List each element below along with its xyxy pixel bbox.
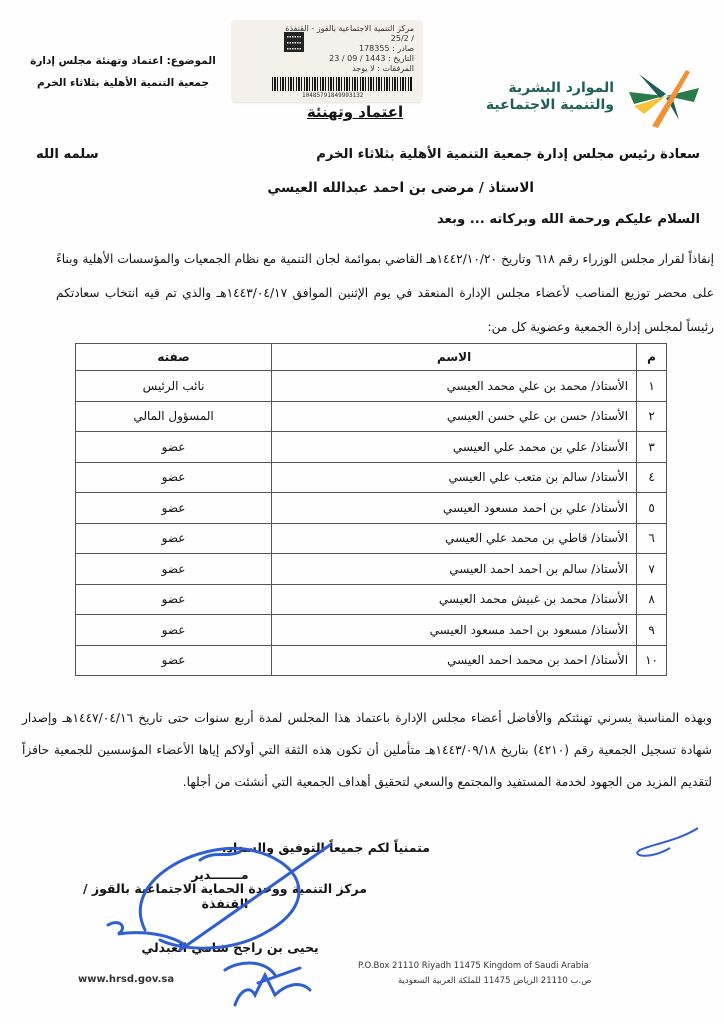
subject-line-2: جمعية التنمية الأهلية بثلاثاء الخرم — [18, 72, 228, 94]
row-name: الأستاذ/ سالم بن متعب علي العيسي — [272, 462, 637, 493]
table-row: ٩الأستاذ/ مسعود بن احمد مسعود العيسيعضو — [76, 615, 667, 646]
row-num: ٢ — [637, 401, 667, 432]
ministry-logo-text: الموارد البشرية والتنمية الاجتماعية — [486, 80, 614, 114]
stamp-number-label: صادر : — [392, 44, 414, 53]
address-arabic: ص.ب 21110 الرياض 11475 للملكة العربية ال… — [398, 976, 592, 986]
stamp-number: 178355 — [359, 44, 390, 53]
row-name: الأستاذ/ محمد بن غبيش محمد العيسي — [272, 584, 637, 615]
signer-title: مـــــــدير — [150, 867, 290, 882]
row-num: ٨ — [637, 584, 667, 615]
header-name: الاسم — [272, 344, 637, 371]
registry-stamp: مركز التنمية الاجتماعية بالقوز - القنفذة… — [232, 20, 422, 102]
stamp-date: 1443 / 09 / 23 — [329, 54, 385, 63]
row-name: الأستاذ/ علي بن محمد علي العيسي — [272, 432, 637, 463]
document-title: اعتماد وتهنئة — [290, 103, 420, 121]
row-num: ٥ — [637, 493, 667, 524]
ministry-website-link[interactable]: www.hrsd.gov.sa — [78, 974, 174, 985]
recipient-line: سعادة رئيس مجلس إدارة جمعية التنمية الأه… — [316, 147, 700, 162]
row-num: ٣ — [637, 432, 667, 463]
ministry-logo-icon — [624, 60, 704, 130]
subject-line-1: الموضوع: اعتماد وتهنئة مجلس إدارة — [18, 50, 228, 72]
row-role: عضو — [76, 493, 272, 524]
row-role: عضو — [76, 432, 272, 463]
row-role: عضو — [76, 615, 272, 646]
subject-block: الموضوع: اعتماد وتهنئة مجلس إدارة جمعية … — [18, 50, 228, 94]
barcode-number: 10485791849993132 — [302, 92, 363, 99]
table-row: ١الأستاذ/ محمد بن علي محمد العيسينائب ال… — [76, 371, 667, 402]
table-row: ٢الأستاذ/ حسن بن علي حسن العيسيالمسؤول ا… — [76, 401, 667, 432]
row-name: الأستاذ/ حسن بن علي حسن العيسي — [272, 401, 637, 432]
header-role: صفته — [76, 344, 272, 371]
row-role: عضو — [76, 523, 272, 554]
intro-paragraph: إنفاذاً لقرار مجلس الوزراء رقم ٦١٨ وتاري… — [56, 242, 714, 344]
stamp-attachments: لا يوجد — [352, 64, 375, 73]
signer-name: يحيى بن راجح شامي العبدلي — [130, 940, 330, 955]
qr-code-icon — [284, 32, 304, 52]
row-num: ٦ — [637, 523, 667, 554]
closing-wishes: متمنياً لكم جميعاً التوفيق والسداد، — [222, 840, 430, 855]
table-row: ٣الأستاذ/ علي بن محمد علي العيسيعضو — [76, 432, 667, 463]
row-role: عضو — [76, 462, 272, 493]
row-role: نائب الرئيس — [76, 371, 272, 402]
row-name: الأستاذ/ محمد بن علي محمد العيسي — [272, 371, 637, 402]
address-english: P.O.Box 21110 Riyadh 11475 Kingdom of Sa… — [358, 961, 589, 971]
row-num: ١٠ — [637, 645, 667, 676]
stamp-attachments-row: المرفقات : لا يوجد — [240, 64, 414, 74]
stamp-date-row: التاريخ : 1443 / 09 / 23 — [240, 54, 414, 64]
stamp-attachments-label: المرفقات : — [377, 64, 414, 73]
signer-organization: مركز التنمية ووحدة الحماية الاجتماعية با… — [60, 881, 390, 911]
stamp-office: مركز التنمية الاجتماعية بالقوز - القنفذة — [240, 24, 414, 34]
greeting: السلام عليكم ورحمة الله وبركاته ... وبعد — [437, 212, 700, 227]
row-num: ٧ — [637, 554, 667, 585]
table-row: ٤الأستاذ/ سالم بن متعب علي العيسيعضو — [76, 462, 667, 493]
row-name: الأستاذ/ احمد بن محمد احمد العيسي — [272, 645, 637, 676]
logo-line-2: والتنمية الاجتماعية — [486, 97, 614, 114]
row-name: الأستاذ/ سالم بن احمد احمد العيسي — [272, 554, 637, 585]
stamp-date-label: التاريخ : — [388, 54, 414, 63]
board-members-table: م الاسم صفته ١الأستاذ/ محمد بن علي محمد … — [75, 343, 667, 676]
row-name: الأستاذ/ قاطي بن محمد علي العيسي — [272, 523, 637, 554]
logo-line-1: الموارد البشرية — [486, 80, 614, 97]
row-role: عضو — [76, 584, 272, 615]
closing-paragraph: وبهذه المناسبة يسرني تهنئتكم والأفاضل أع… — [22, 702, 712, 798]
row-role: عضو — [76, 645, 272, 676]
table-row: ٧الأستاذ/ سالم بن احمد احمد العيسيعضو — [76, 554, 667, 585]
recipient-name: الاستاذ / مرضى بن احمد عبدالله العيسي — [267, 180, 534, 196]
table-row: ٥الأستاذ/ علي بن احمد مسعود العيسيعضو — [76, 493, 667, 524]
table-row: ٦الأستاذ/ قاطي بن محمد علي العيسيعضو — [76, 523, 667, 554]
row-num: ٤ — [637, 462, 667, 493]
row-num: ١ — [637, 371, 667, 402]
row-role: المسؤول المالي — [76, 401, 272, 432]
row-name: الأستاذ/ مسعود بن احمد مسعود العيسي — [272, 615, 637, 646]
stamp-number-row: صادر : 178355 — [240, 44, 414, 54]
table-row: ٨الأستاذ/ محمد بن غبيش محمد العيسيعضو — [76, 584, 667, 615]
row-name: الأستاذ/ علي بن احمد مسعود العيسي — [272, 493, 637, 524]
table-header-row: م الاسم صفته — [76, 344, 667, 371]
table-row: ١٠الأستاذ/ احمد بن محمد احمد العيسيعضو — [76, 645, 667, 676]
barcode-icon — [272, 77, 412, 91]
stamp-ref: / 25/2 — [240, 34, 414, 44]
row-role: عضو — [76, 554, 272, 585]
row-num: ٩ — [637, 615, 667, 646]
blessing: سلمه الله — [36, 147, 99, 162]
header-num: م — [637, 344, 667, 371]
